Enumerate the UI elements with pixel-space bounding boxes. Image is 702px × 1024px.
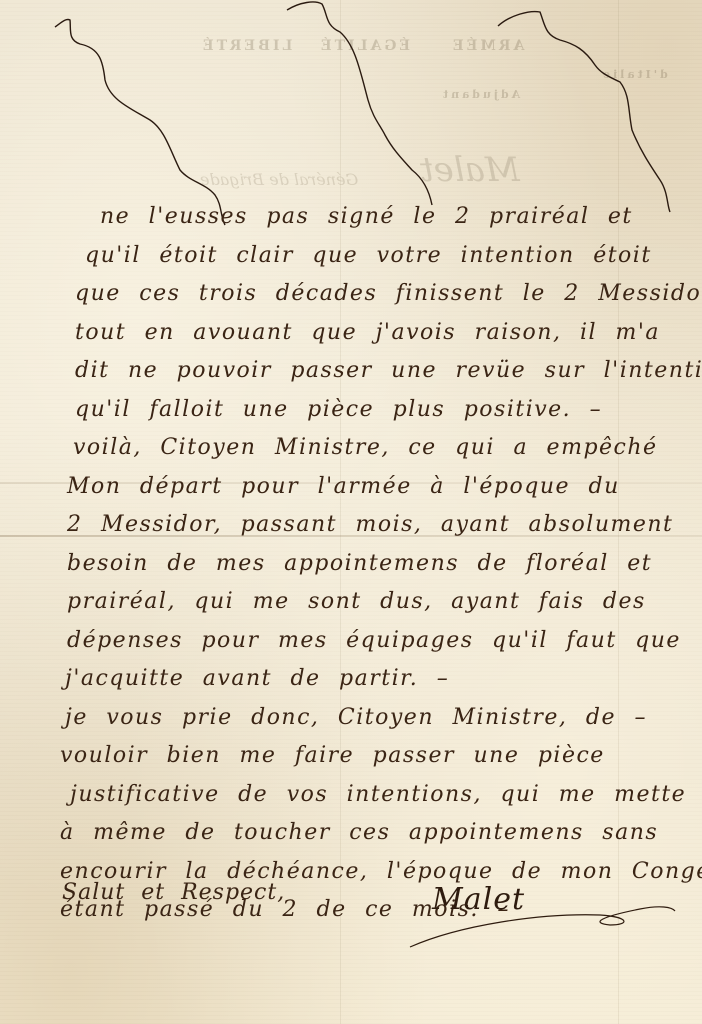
letter-line: dépenses pour mes équipages qu'il faut q… — [55, 622, 695, 661]
signature-flourish — [400, 895, 680, 955]
letter-line: tout en avouant que j'avois raison, il m… — [55, 314, 695, 353]
letter-line: voilà, Citoyen Ministre, ce qui a empêch… — [55, 429, 695, 468]
letter-body: ne l'eusses pas signé le 2 prairéal et q… — [55, 198, 695, 930]
letter-line: justificative de vos intentions, qui me … — [55, 776, 695, 815]
letter-line: à même de toucher ces appointemens sans — [55, 814, 695, 853]
letter-line: que ces trois décades finissent le 2 Mes… — [55, 275, 695, 314]
letter-page: ARMÉE ÉGALITÉ LIBERTÉ d'Italie Adjudant … — [0, 0, 702, 1024]
letter-line: dit ne pouvoir passer une revüe sur l'in… — [55, 352, 695, 391]
letter-line: j'acquitte avant de partir. – — [55, 660, 695, 699]
letter-line: 2 Messidor, passant mois, ayant absolume… — [55, 506, 695, 545]
letter-line: je vous prie donc, Citoyen Ministre, de … — [55, 699, 695, 738]
letter-line: vouloir bien me faire passer une pièce — [55, 737, 695, 776]
letter-line: qu'il étoit clair que votre intention ét… — [55, 237, 695, 276]
letter-line: besoin de mes appointemens de floréal et — [55, 545, 695, 584]
letter-line: Mon départ pour l'armée à l'époque du — [55, 468, 695, 507]
letter-line: prairéal, qui me sont dus, ayant fais de… — [55, 583, 695, 622]
letter-line: ne l'eusses pas signé le 2 prairéal et — [55, 198, 695, 237]
letter-line: qu'il falloit une pièce plus positive. – — [55, 391, 695, 430]
closing-salutation: Salut et Respect, — [62, 880, 285, 905]
